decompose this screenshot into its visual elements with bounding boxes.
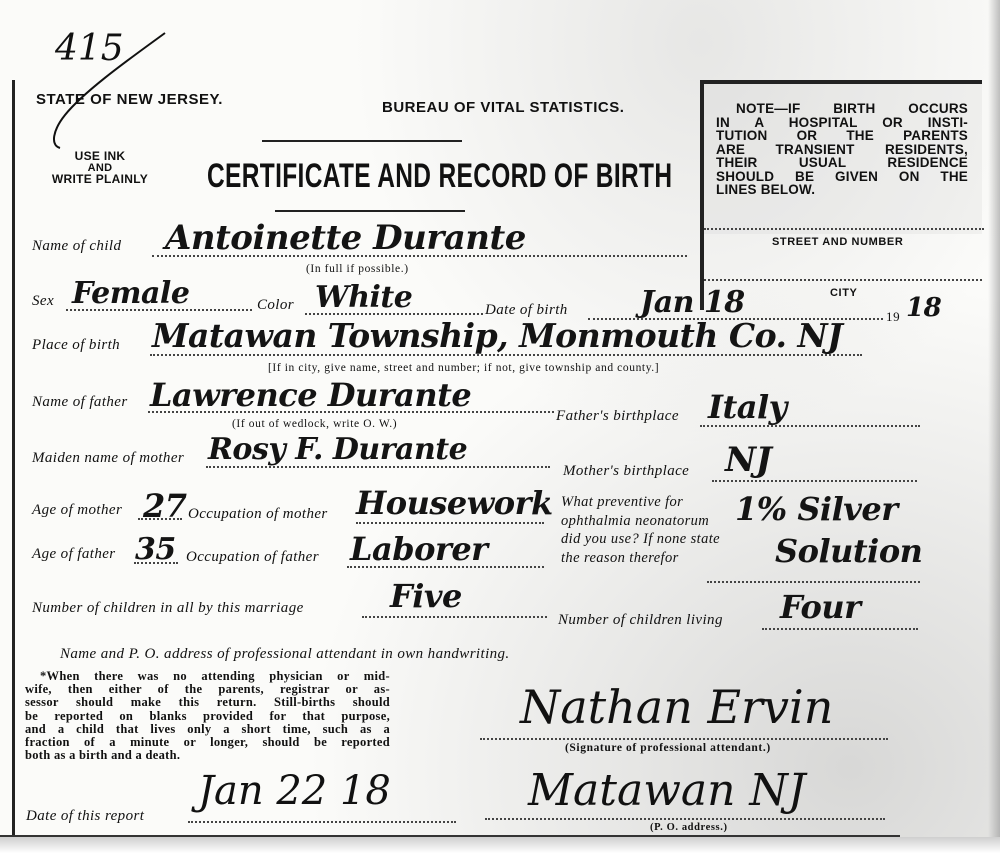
preventive-value-line2: Solution (775, 532, 922, 570)
color-value: White (315, 280, 412, 315)
place-of-birth-label: Place of birth (32, 337, 120, 354)
use-ink-instruction: USE INK AND WRITE PLAINLY (34, 150, 166, 186)
father-name-value: Lawrence Durante (150, 376, 471, 414)
sex-value: Female (72, 276, 189, 311)
bureau-heading: BUREAU OF VITAL STATISTICS. (382, 99, 624, 116)
footnote-text: *When there was no attending physician o… (25, 670, 390, 762)
street-line[interactable] (704, 228, 984, 230)
father-age-label: Age of father (32, 546, 116, 563)
children-living-line[interactable] (762, 628, 918, 630)
children-total-label: Number of children in all by this marria… (32, 600, 304, 617)
report-date-label: Date of this report (26, 808, 144, 825)
attendant-signature: Nathan Ervin (520, 680, 833, 734)
sex-label: Sex (32, 293, 54, 310)
father-birthplace-value: Italy (708, 388, 787, 426)
report-date-line[interactable] (188, 821, 456, 823)
title-rule-top (262, 140, 462, 142)
attendant-heading: Name and P. O. address of professional a… (60, 646, 510, 663)
mother-age-label: Age of mother (32, 502, 122, 519)
footnote-line: both as a birth and a death. (25, 749, 390, 762)
note-line: IN A HOSPITAL OR INSTI- (716, 116, 968, 130)
father-name-hint: (If out of wedlock, write O. W.) (232, 418, 397, 430)
preventive-label-line: the reason therefor (561, 549, 720, 568)
preventive-label-line: What preventive for (561, 493, 720, 512)
preventive-label: What preventive for ophthalmia neonatoru… (561, 493, 720, 567)
left-border-rule (12, 80, 15, 837)
report-date-value: Jan 22 18 (198, 768, 391, 814)
birth-certificate-page: 415 STATE OF NEW JERSEY. BUREAU OF VITAL… (0, 0, 1000, 853)
city-line[interactable] (704, 279, 982, 281)
paper-edge-shadow-bottom (0, 837, 1000, 853)
child-name-label: Name of child (32, 238, 121, 255)
date-of-birth-value: Jan 18 (640, 285, 745, 320)
child-name-hint: (In full if possible.) (306, 263, 409, 275)
place-of-birth-value: Matawan Township, Monmouth Co. NJ (152, 316, 842, 355)
birth-year-value: 18 (906, 293, 941, 323)
footnote-line: be reported on blanks provided for that … (25, 710, 390, 723)
paper-edge-shadow (988, 0, 1000, 853)
preventive-label-line: ophthalmia neonatorum (561, 512, 720, 531)
father-age-value: 35 (135, 532, 176, 567)
mother-birthplace-line[interactable] (712, 480, 917, 482)
street-label: STREET AND NUMBER (772, 236, 903, 248)
color-label: Color (257, 297, 294, 314)
note-line: THEIR USUAL RESIDENCE (716, 156, 968, 170)
father-occupation-label: Occupation of father (186, 549, 319, 566)
signature-line[interactable] (480, 738, 888, 740)
mother-occupation-value: Housework (356, 484, 553, 522)
children-total-line[interactable] (362, 616, 547, 618)
mother-occupation-line[interactable] (356, 522, 544, 524)
preventive-label-line: did you use? If none state (561, 530, 720, 549)
state-heading: STATE OF NEW JERSEY. (36, 91, 223, 108)
note-line: SHOULD BE GIVEN ON THE (716, 170, 968, 184)
note-line: NOTE—IF BIRTH OCCURS (716, 102, 968, 116)
child-name-value: Antoinette Durante (165, 218, 526, 258)
mother-maiden-name-label: Maiden name of mother (32, 450, 184, 467)
attendant-po-address: Matawan NJ (528, 765, 806, 816)
note-line: ARE TRANSIENT RESIDENTS, (716, 143, 968, 157)
note-line: TUTION OR THE PARENTS (716, 129, 968, 143)
father-occupation-value: Laborer (350, 530, 488, 568)
children-total-value: Five (390, 577, 462, 615)
mother-birthplace-label: Mother's birthplace (563, 463, 689, 480)
mother-occupation-label: Occupation of mother (188, 506, 328, 523)
birth-year-prefix: 19 (886, 309, 900, 325)
instruction-line: WRITE PLAINLY (34, 173, 166, 186)
po-address-line[interactable] (485, 818, 885, 820)
preventive-value-line1: 1% Silver (735, 490, 898, 528)
residence-note-text: NOTE—IF BIRTH OCCURS IN A HOSPITAL OR IN… (716, 102, 968, 197)
note-line: LINES BELOW. (716, 183, 968, 197)
signature-label: (Signature of professional attendant.) (565, 742, 771, 754)
father-birthplace-label: Father's birthplace (556, 408, 679, 425)
title-rule-bottom (275, 210, 465, 212)
mother-birthplace-value: NJ (725, 440, 771, 480)
po-address-label: (P. O. address.) (650, 822, 728, 833)
preventive-line[interactable] (707, 581, 920, 583)
children-living-label: Number of children living (558, 612, 723, 629)
father-name-label: Name of father (32, 394, 128, 411)
city-label: CITY (830, 287, 857, 299)
mother-age-value: 27 (143, 487, 187, 525)
page-title: CERTIFICATE AND RECORD OF BIRTH (207, 157, 672, 196)
footnote-line: sessor should make this return. Still-bi… (25, 696, 390, 709)
place-of-birth-hint: [If in city, give name, street and numbe… (268, 362, 659, 374)
children-living-value: Four (780, 588, 860, 626)
mother-maiden-name-value: Rosy F. Durante (208, 432, 467, 467)
